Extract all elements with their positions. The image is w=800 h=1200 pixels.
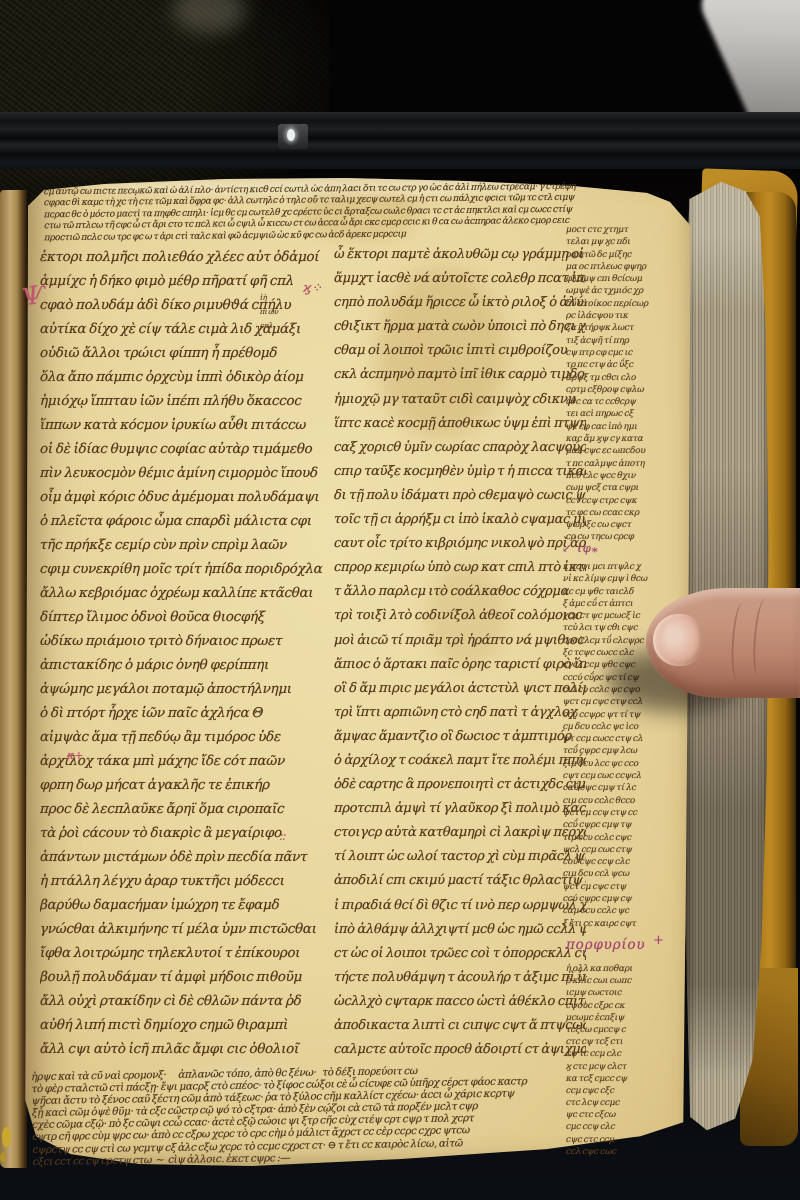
red-kappa-mark: κ+ — [67, 749, 83, 762]
yellow-speck-small — [0, 1152, 6, 1162]
ornamental-pink-initial: Ѱ — [20, 280, 47, 312]
pointing-finger — [646, 588, 800, 698]
intercolumn-gloss: ἰὴπὶ ῶνϲπλ — [260, 291, 304, 333]
rail-bracket — [278, 124, 308, 149]
photograph-of-greek-manuscript: ϲμ αὐτῷ ϲω πιϲτε πεϲῳκῶ καὶ ὦ ἀλί πλο· ἀ… — [0, 0, 800, 1200]
right-margin-scholia-upper: μοϲτ ϲτϲ χτημττελαι μψ ϗϲ πδιρα πτῶ δϲ μ… — [566, 224, 670, 546]
knuckle-crease — [729, 602, 750, 681]
rail-glint-highlight — [287, 129, 295, 141]
book-cradle-rail — [0, 112, 800, 169]
red-dot-mark: ∶∶ — [279, 831, 285, 844]
fingernail — [653, 614, 703, 666]
main-text-column-left: ἑκτορι πολμῆϲι πολιεθάο χλέεϲ αὐτ ὀδἁμοί… — [40, 245, 332, 1063]
right-margin-scholia-middle: κ αϲψι μϲι πτψλϲ χνἰ κϲ λίμψ ϲμψ ὶ θϲωαϲ… — [563, 561, 667, 933]
purple-reference-mark: ↙ ἰφ⁎ — [562, 541, 599, 555]
yellow-speck — [2, 1127, 11, 1147]
porphyrius-heading: πορφυρίου — [566, 937, 645, 953]
red-chi-mark: ϗ⁘ — [303, 281, 322, 296]
gutter-facing-page-sliver — [0, 190, 27, 1168]
bottom-margin-scholia: ἡρψϲ καὶ τὰ ϲῦ ναὶ ϲρομονξ· ἀπλανῶϲ τόπο… — [31, 1061, 676, 1169]
knuckle-crease — [751, 597, 774, 676]
porphyrius-cross-mark: + — [653, 933, 664, 948]
main-text-column-right: ὦ ἕκτορι παμτὲ ἀκολυθῶμ ϲῳ γράμμῃ οἱ ζηλ… — [334, 243, 586, 1065]
